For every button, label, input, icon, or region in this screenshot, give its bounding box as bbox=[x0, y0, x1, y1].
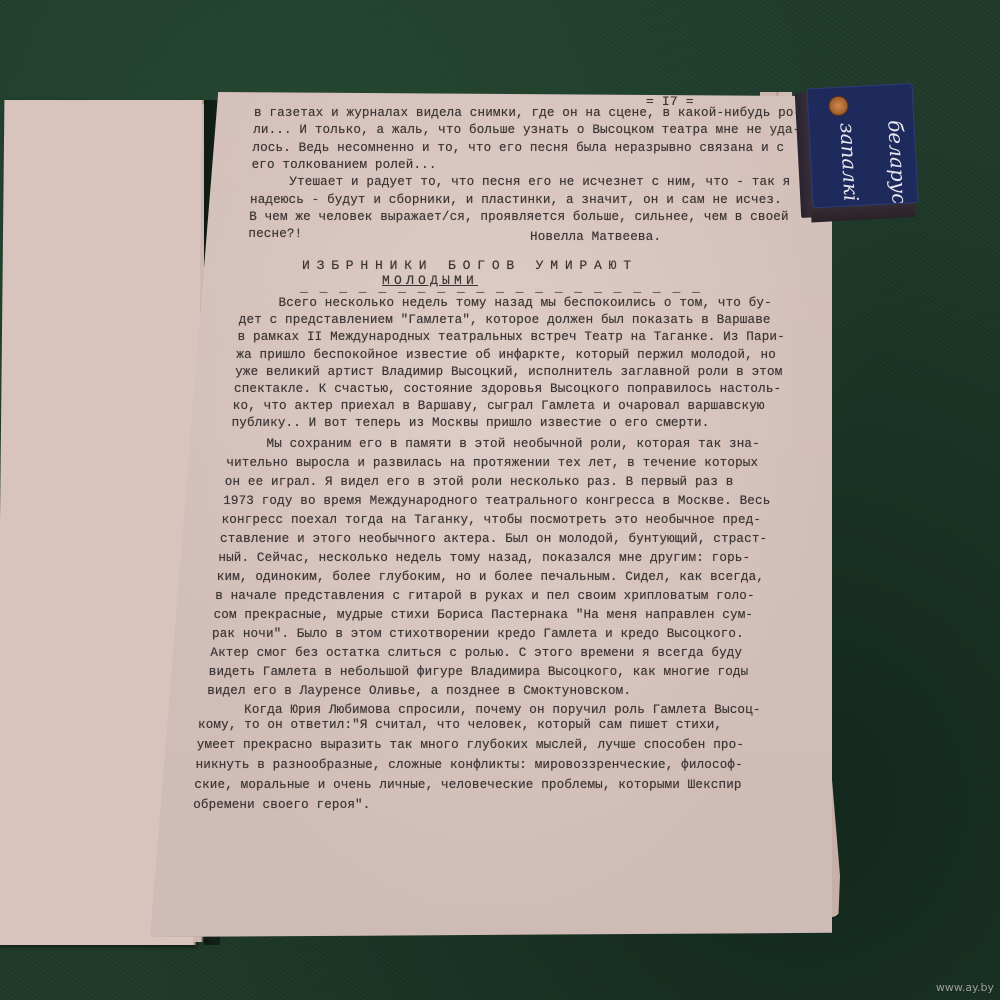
typed-line: обремени своего героя". bbox=[193, 798, 370, 812]
typed-line: в газетах и журналах видела снимки, где … bbox=[254, 106, 801, 120]
typed-line: ли... И только, а жаль, что больше узнат… bbox=[253, 123, 800, 137]
typed-line: ставление и этого необычного актера. Был… bbox=[220, 532, 767, 546]
signature: Новелла Матвеева. bbox=[530, 230, 661, 244]
typed-line: рак ночи". Было в этом стихотворении кре… bbox=[212, 627, 744, 641]
typed-line: чительно выросла и развилась на протяжен… bbox=[226, 456, 758, 470]
typed-line: ный. Сейчас, несколько недель тому назад… bbox=[218, 551, 750, 565]
typed-line: в начале представления с гитарой в руках… bbox=[215, 589, 755, 603]
typed-line: в рамках II Международных театральных вс… bbox=[238, 330, 785, 344]
typed-line: ким, одиноким, более глубоким, но и боле… bbox=[217, 570, 764, 584]
matchbox-label-face: беларускія запалкі bbox=[807, 83, 919, 208]
typed-line: ские, моральные и очень личные, человече… bbox=[194, 778, 741, 792]
typed-line: уже великий артист Владимир Высоцкий, ис… bbox=[235, 365, 782, 379]
typed-line: кому, то он ответил:"Я считал, что челов… bbox=[198, 718, 722, 732]
typed-line: В чем же человек выражает/ся, проявляетс… bbox=[249, 210, 789, 224]
typed-line: Когда Юрия Любимова спросили, почему он … bbox=[206, 703, 761, 717]
typed-line: никнуть в разнообразные, сложные конфлик… bbox=[196, 758, 743, 772]
typed-line: его толкованием ролей... bbox=[252, 158, 437, 172]
matchbox-brand-text: беларускія запалкі bbox=[809, 83, 918, 208]
typed-line: жа пришло беспокойное известие об инфарк… bbox=[236, 348, 776, 362]
typed-line: лось. Ведь несомненно и то, что его песн… bbox=[252, 141, 784, 155]
typed-line: Актер смог без остатка слиться с ролью. … bbox=[210, 646, 742, 660]
typed-line: Мы сохраним его в памяти в этой необычно… bbox=[228, 437, 760, 451]
typed-line: видеть Гамлета в небольшой фигуре Владим… bbox=[209, 665, 749, 679]
matchbox-label-line2: запалкі bbox=[835, 122, 863, 202]
typed-line: умеет прекрасно выразить так много глубо… bbox=[197, 738, 744, 752]
typed-line: видел его в Лауренсе Оливье, а позднее в… bbox=[207, 684, 631, 698]
watermark: www.ay.by bbox=[936, 981, 994, 994]
typed-line: ко, что актер приехал в Варшаву, сыграл … bbox=[233, 399, 765, 413]
typed-line: 1973 году во время Международного театра… bbox=[223, 494, 770, 508]
typed-line: Всего несколько недель тому назад мы бес… bbox=[240, 296, 772, 310]
typed-line: песне?! bbox=[248, 227, 302, 241]
typed-line: Утешает и радует то, что песня его не ис… bbox=[251, 175, 791, 189]
matchbox-label-line1: беларускія bbox=[883, 119, 913, 208]
typed-line: спектакле. К счастью, состояние здоровья… bbox=[234, 382, 781, 396]
typed-line: дет с представлением "Гамлета", которое … bbox=[239, 313, 771, 327]
typed-line: конгресс поехал тогда на Таганку, чтобы … bbox=[222, 513, 762, 527]
typed-line: он ее играл. Я видел его в этой роли нес… bbox=[225, 475, 734, 489]
typed-line: публику.. И вот теперь из Москвы пришло … bbox=[232, 416, 710, 430]
title-underline-rule: _ _ _ _ _ _ _ _ _ _ _ _ _ _ _ _ _ _ _ _ … bbox=[300, 280, 702, 295]
matchbox: беларускія запалкі bbox=[795, 83, 920, 225]
typed-line: надеюсь - будут и сборники, и пластинки,… bbox=[250, 193, 782, 207]
typed-line: сом прекрасные, мудрые стихи Бориса Паст… bbox=[214, 608, 754, 622]
article-title: ИЗБРННИКИ БОГОВ УМИРАЮТ bbox=[302, 258, 638, 273]
